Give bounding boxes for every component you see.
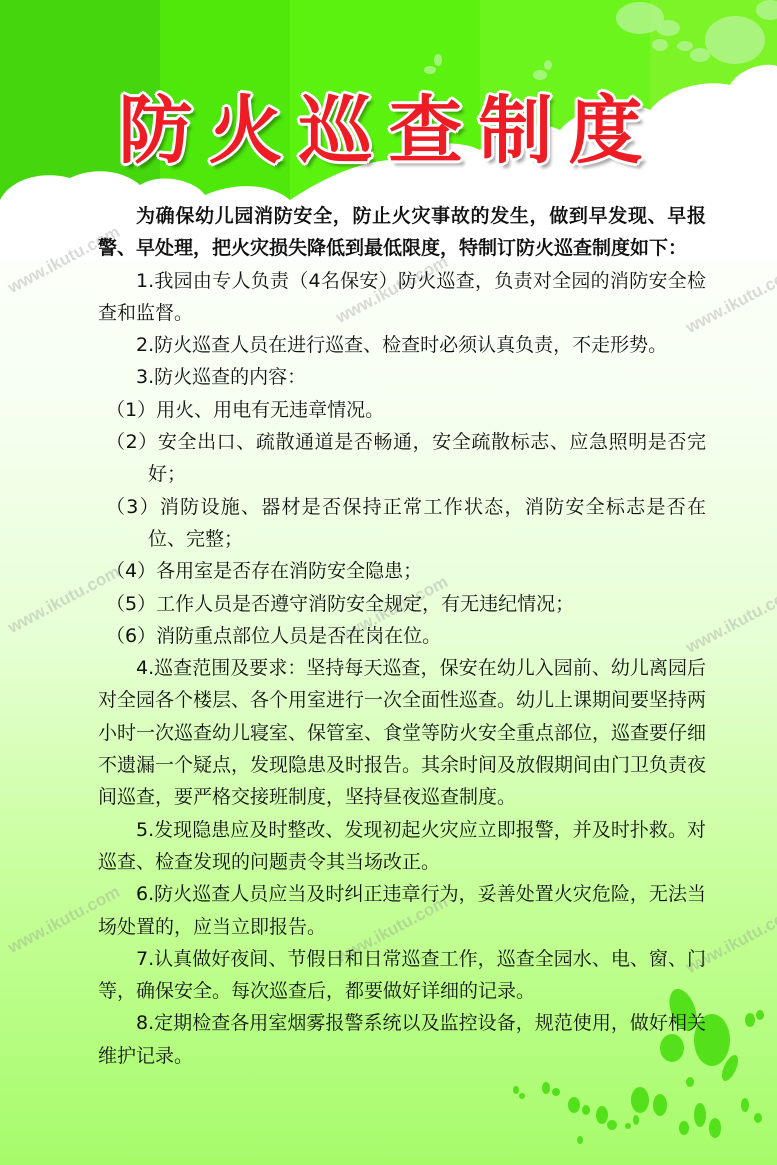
rule-item: 3.防火巡查的内容： [98,361,706,393]
rule-item: 5.发现隐患应及时整改、发现初起火灾应立即报警，并及时扑救。对巡查、检查发现的问… [98,814,706,879]
rule-item: 2.防火巡查人员在进行巡查、检查时必须认真负责，不走形势。 [98,329,706,361]
sub-item-text: 各用室是否存在消防安全隐患； [156,560,422,582]
sub-item-text: 工作人员是否遵守消防安全规定，有无违纪情况； [156,593,574,615]
intro-paragraph: 为确保幼儿园消防安全，防止火灾事故的发生，做到早发现、早报警、早处理，把火灾损失… [98,200,706,265]
sub-item-label: （2） [106,431,158,453]
sub-item: （2）安全出口、疏散通道是否畅通，安全疏散标志、应急照明是否完好； [106,426,706,491]
rule-item: 6.防火巡查人员应当及时纠正违章行为，妥善处置火灾危险，无法当场处置的，应当立即… [98,878,706,943]
sub-item-text: 安全出口、疏散通道是否畅通，安全疏散标志、应急照明是否完好； [148,431,706,485]
sub-item-text: 用火、用电有无违章情况。 [156,399,384,421]
sub-item-label: （4） [106,560,156,582]
sub-item: （1）用火、用电有无违章情况。 [106,394,706,426]
sub-item: （5）工作人员是否遵守消防安全规定，有无违纪情况； [106,588,706,620]
poster-title: 防火巡查制度 [0,72,777,178]
sub-item-label: （1） [106,399,156,421]
sub-item: （3）消防设施、器材是否保持正常工作状态，消防安全标志是否在位、完整； [106,491,706,556]
sub-item: （4）各用室是否存在消防安全隐患； [106,555,706,587]
sub-item-label: （5） [106,593,156,615]
sub-item-label: （3） [106,496,160,518]
sub-item-text: 消防重点部位人员是否在岗在位。 [156,625,441,647]
sub-item: （6）消防重点部位人员是否在岗在位。 [106,620,706,652]
sub-item-text: 消防设施、器材是否保持正常工作状态，消防安全标志是否在位、完整； [148,496,706,550]
rule-item: 4.巡查范围及要求：坚持每天巡查，保安在幼儿入园前、幼儿离园后对全园各个楼层、各… [98,652,706,813]
fire-patrol-poster: www.ikutu.com www.ikutu.com www.ikutu.co… [0,0,777,1165]
rule-item: 1.我园由专人负责（4名保安）防火巡查，负责对全园的消防安全检查和监督。 [98,265,706,330]
rule-item: 7.认真做好夜间、节假日和日常巡查工作，巡查全园水、电、窗、门等，确保安全。每次… [98,943,706,1008]
rule-item: 8.定期检查各用室烟雾报警系统以及监控设备，规范使用，做好相关维护记录。 [98,1007,706,1072]
regulation-body: 为确保幼儿园消防安全，防止火灾事故的发生，做到早发现、早报警、早处理，把火灾损失… [98,200,706,1072]
sub-item-label: （6） [106,625,156,647]
